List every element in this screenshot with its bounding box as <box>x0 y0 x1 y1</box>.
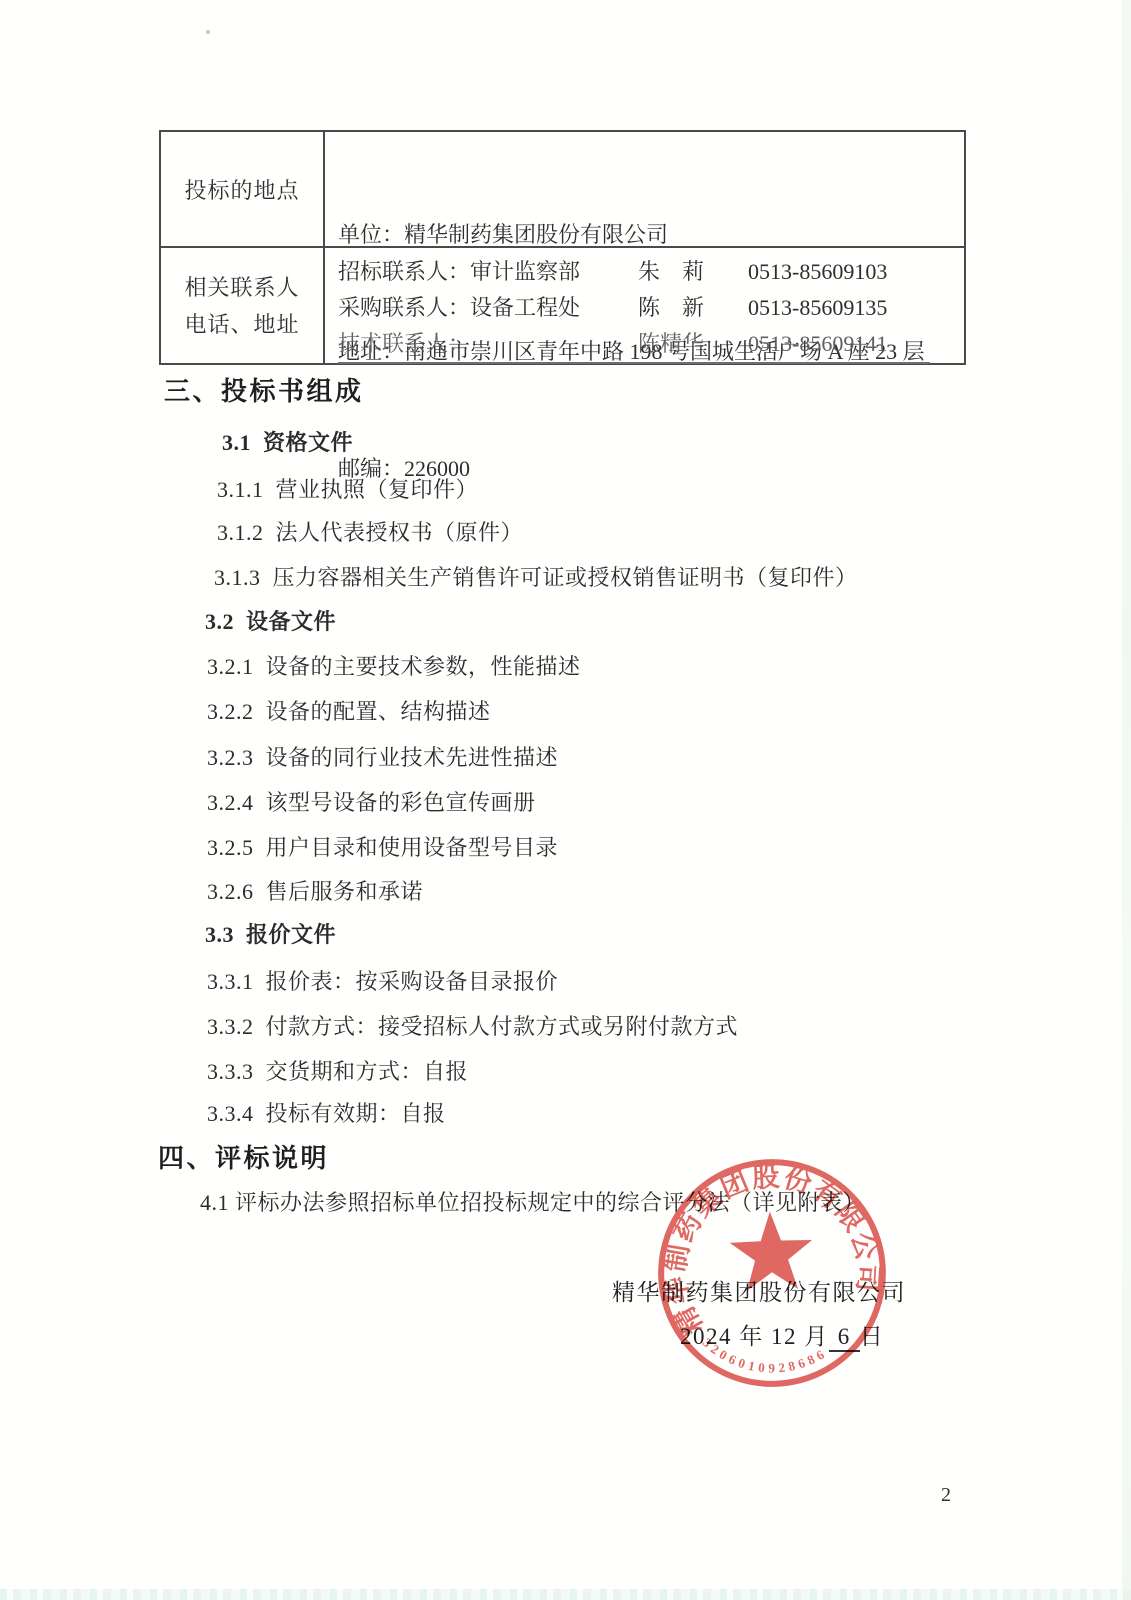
outline-item-3-1-1: 3.1.1 营业执照（复印件） <box>217 475 478 505</box>
contacts-label-line1: 相关联系人 <box>184 269 299 306</box>
seal-ring <box>657 1158 886 1387</box>
contact-row-technical: 技术联系人： 陈精华 0513-85609141 <box>338 326 930 364</box>
contact-name: 陈精华 <box>638 326 748 362</box>
bid-info-table: 投标的地点 单位：精华制药集团股份有限公司 地址：南通市崇川区青年中路 198 … <box>159 130 966 365</box>
outline-item-3-3-3: 3.3.3 交货期和方式：自报 <box>207 1057 468 1087</box>
table-cell-bid-location: 单位：精华制药集团股份有限公司 地址：南通市崇川区青年中路 198 号国城生活广… <box>325 132 964 248</box>
outline-item-3-3: 3.3 报价文件 <box>205 920 336 950</box>
table-cell-contacts: 招标联系人：审计监察部 朱 莉 0513-85609103 采购联系人：设备工程… <box>325 248 964 364</box>
contacts-label-line2: 电话、地址 <box>184 306 299 343</box>
outline-item-3-2-5: 3.2.5 用户目录和使用设备型号目录 <box>207 833 558 863</box>
section3-heading: 三、投标书组成 <box>164 377 364 407</box>
outline-item-3-3-1: 3.3.1 报价表：按采购设备目录报价 <box>207 967 558 997</box>
contact-name: 朱 莉 <box>638 254 748 290</box>
document-page: 投标的地点 单位：精华制药集团股份有限公司 地址：南通市崇川区青年中路 198 … <box>0 0 1131 1600</box>
outline-item-3-2-3: 3.2.3 设备的同行业技术先进性描述 <box>207 743 558 773</box>
company-seal-stamp: 精华制药集团股份有限公司 3206010928686 <box>637 1138 908 1409</box>
contact-role: 招标联系人：审计监察部 <box>338 254 638 290</box>
seal-star-icon <box>729 1210 814 1291</box>
outline-item-3-3-2: 3.3.2 付款方式：接受招标人付款方式或另附付款方式 <box>207 1012 738 1042</box>
scan-speck <box>206 30 210 34</box>
table-label-bid-location: 投标的地点 <box>161 132 325 248</box>
outline-item-3-2: 3.2 设备文件 <box>205 607 336 637</box>
table-label-contacts: 相关联系人 电话、地址 <box>161 248 325 364</box>
contact-phone: 0513-85609141 <box>748 326 887 362</box>
outline-item-3-1: 3.1 资格文件 <box>222 428 353 458</box>
section4-heading: 四、评标说明 <box>158 1144 329 1174</box>
contact-phone: 0513-85609103 <box>748 254 887 290</box>
contact-phone: 0513-85609135 <box>748 290 887 326</box>
contact-name: 陈 新 <box>638 290 748 326</box>
bid-location-label: 投标的地点 <box>184 174 299 205</box>
scan-edge-artifact-right <box>1122 0 1131 1600</box>
contact-role: 技术联系人： <box>338 326 638 362</box>
contact-row-procurement: 采购联系人：设备工程处 陈 新 0513-85609135 <box>338 290 952 326</box>
contact-role: 采购联系人：设备工程处 <box>338 290 638 326</box>
outline-item-3-2-2: 3.2.2 设备的配置、结构描述 <box>207 697 491 727</box>
outline-item-3-1-2: 3.1.2 法人代表授权书（原件） <box>217 518 523 548</box>
scan-edge-artifact-bottom <box>0 1589 1131 1600</box>
outline-item-3-2-1: 3.2.1 设备的主要技术参数，性能描述 <box>207 652 581 682</box>
outline-item-3-3-4: 3.3.4 投标有效期：自报 <box>207 1099 446 1129</box>
outline-item-3-1-3: 3.1.3 压力容器相关生产销售许可证或授权销售证明书（复印件） <box>214 563 858 593</box>
outline-item-3-2-4: 3.2.4 该型号设备的彩色宣传画册 <box>207 788 536 818</box>
contact-row-bidding: 招标联系人：审计监察部 朱 莉 0513-85609103 <box>338 254 952 290</box>
outline-item-3-2-6: 3.2.6 售后服务和承诺 <box>207 877 423 907</box>
page-number: 2 <box>941 1484 951 1507</box>
